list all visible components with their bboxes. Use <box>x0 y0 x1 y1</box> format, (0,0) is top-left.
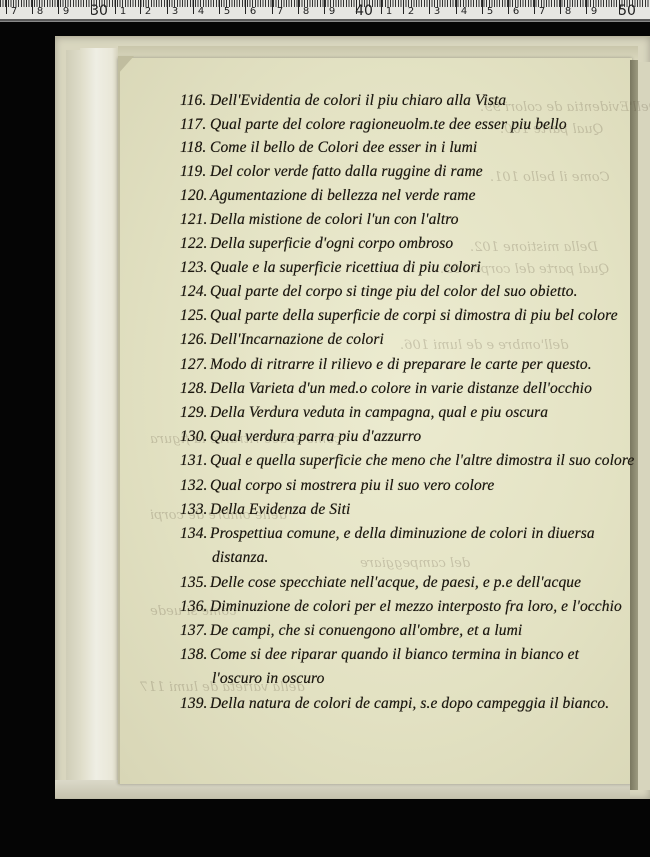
entry-number: 133. <box>180 501 210 519</box>
index-entry: 119.Del color verde fatto dalla ruggine … <box>180 163 483 181</box>
entry-text: Qual e quella superficie che meno che l'… <box>210 452 634 469</box>
ruler-major-tick <box>245 0 246 14</box>
ruler-label: 8 <box>37 6 43 17</box>
ruler-label: 50 <box>618 3 636 19</box>
ruler-major-tick <box>167 0 168 14</box>
index-entry: 131.Qual e quella superficie che meno ch… <box>180 452 634 470</box>
index-entry: 132.Qual corpo si mostrera piu il suo ve… <box>180 477 494 495</box>
index-entry: 129.Della Verdura veduta in campagna, qu… <box>180 404 548 422</box>
entry-text: Qual parte del colore ragioneuolm.te dee… <box>210 116 567 133</box>
ruler-label: 1 <box>386 6 392 17</box>
ruler-label: 8 <box>565 6 571 17</box>
entry-number: 119. <box>180 163 210 181</box>
index-entry: 128.Della Varieta d'un med.o colore in v… <box>180 380 592 398</box>
ruler-label: 2 <box>408 6 414 17</box>
entry-text: Quale e la superficie ricettiua di piu c… <box>210 259 481 276</box>
entry-text: De campi, che si conuengono all'ombre, e… <box>210 622 522 639</box>
entry-text: Come si dee riparar quando il bianco ter… <box>210 646 579 663</box>
entry-number: 131. <box>180 452 210 470</box>
ruler-major-tick <box>456 0 457 14</box>
entry-text: Delle cose specchiate nell'acque, de pae… <box>210 574 581 591</box>
entry-number: 129. <box>180 404 210 422</box>
entry-number: 125. <box>180 307 210 325</box>
ruler-label: 9 <box>63 6 69 17</box>
page-corner-tear <box>118 56 134 74</box>
entry-number: 132. <box>180 477 210 495</box>
ruler-major-tick <box>272 0 273 14</box>
index-entry: 137.De campi, che si conuengono all'ombr… <box>180 622 522 640</box>
index-entry: 130.Qual verdura parra piu d'azzurro <box>180 428 421 446</box>
entry-text: Qual parte del corpo si tinge piu del co… <box>210 283 578 300</box>
index-entry-continuation: distanza. <box>212 549 268 567</box>
ruler-label: 4 <box>198 6 204 17</box>
entry-number: 124. <box>180 283 210 301</box>
index-entry: 138.Come si dee riparar quando il bianco… <box>180 646 579 664</box>
entry-number: 139. <box>180 695 210 713</box>
entry-number: 135. <box>180 574 210 592</box>
entry-number: 130. <box>180 428 210 446</box>
index-entry: 122.Della superficie d'ogni corpo ombros… <box>180 235 453 253</box>
entry-text: l'oscuro in oscuro <box>212 670 324 687</box>
ruler-track <box>0 19 650 21</box>
index-entry: 116.Dell'Evidentia de colori il piu chia… <box>180 92 506 110</box>
entry-text: Modo di ritrarre il rilievo e di prepara… <box>210 356 592 373</box>
entry-text: Della mistione de colori l'un con l'altr… <box>210 211 459 228</box>
entry-text: Diminuzione de colori per el mezzo inter… <box>210 598 622 615</box>
index-entry: 121.Della mistione de colori l'un con l'… <box>180 211 459 229</box>
entry-text: Dell'Incarnazione de colori <box>210 331 384 348</box>
ruler-major-tick <box>324 0 325 14</box>
entry-text: Qual parte della superficie de corpi si … <box>210 307 618 324</box>
entry-number: 126. <box>180 331 210 349</box>
ruler-label: 5 <box>224 6 230 17</box>
ruler-label: 8 <box>303 6 309 17</box>
entry-text: Della Verdura veduta in campagna, qual e… <box>210 404 548 421</box>
ruler-label: 1 <box>120 6 126 17</box>
index-entry: 123.Quale e la superficie ricettiua di p… <box>180 259 481 277</box>
ruler-label: 6 <box>250 6 256 17</box>
ruler-major-tick <box>32 0 33 14</box>
entry-number: 116. <box>180 92 210 110</box>
entry-text: Qual corpo si mostrera piu il suo vero c… <box>210 477 494 494</box>
index-entry: 118.Come il bello de Colori dee esser in… <box>180 139 477 157</box>
entry-number: 123. <box>180 259 210 277</box>
ruler-major-tick <box>381 0 382 14</box>
entry-number: 137. <box>180 622 210 640</box>
entry-text: Della superficie d'ogni corpo ombroso <box>210 235 453 252</box>
entry-number: 120. <box>180 187 210 205</box>
ruler-major-tick <box>586 0 587 14</box>
index-entry: 139.Della natura de colori de campi, s.e… <box>180 695 609 713</box>
bleed-through-line: del campeggiare <box>360 556 470 571</box>
ruler-label: 30 <box>90 3 108 19</box>
ruler-label: 3 <box>172 6 178 17</box>
entry-text: distanza. <box>212 549 268 566</box>
ruler-major-tick <box>560 0 561 14</box>
entry-text: Prospettiua comune, e della diminuzione … <box>210 525 595 542</box>
entry-number: 134. <box>180 525 210 543</box>
ruler-label: 40 <box>355 3 373 19</box>
index-entry: 117.Qual parte del colore ragioneuolm.te… <box>180 116 567 134</box>
entry-text: Della Varieta d'un med.o colore in varie… <box>210 380 592 397</box>
entry-text: Dell'Evidentia de colori il piu chiaro a… <box>210 92 506 109</box>
ruler-major-tick <box>140 0 141 14</box>
entry-text: Qual verdura parra piu d'azzurro <box>210 428 421 445</box>
index-entry-continuation: l'oscuro in oscuro <box>212 670 324 688</box>
index-entry: 127.Modo di ritrarre il rilievo e di pre… <box>180 356 592 374</box>
measurement-ruler: 789301234567894012345678950 <box>0 0 650 22</box>
index-entry: 136.Diminuzione de colori per el mezzo i… <box>180 598 622 616</box>
ruler-major-tick <box>6 0 7 14</box>
index-entry: 133.Della Evidenza de Siti <box>180 501 350 519</box>
index-entry: 134.Prospettiua comune, e della diminuzi… <box>180 525 595 543</box>
entry-text: Agumentazione di bellezza nel verde rame <box>210 187 476 204</box>
bleed-through-line: Della mistione 102. <box>470 240 598 255</box>
entry-number: 138. <box>180 646 210 664</box>
entry-number: 136. <box>180 598 210 616</box>
ruler-label: 9 <box>329 6 335 17</box>
ruler-label: 6 <box>513 6 519 17</box>
index-entry: 124.Qual parte del corpo si tinge piu de… <box>180 283 578 301</box>
ruler-major-tick <box>508 0 509 14</box>
index-entry: 126.Dell'Incarnazione de colori <box>180 331 384 349</box>
ruler-major-tick <box>58 0 59 14</box>
index-entry: 125.Qual parte della superficie de corpi… <box>180 307 618 325</box>
entry-number: 127. <box>180 356 210 374</box>
folder-guard-strip <box>80 48 120 788</box>
ruler-major-tick <box>482 0 483 14</box>
ruler-label: 4 <box>461 6 467 17</box>
ruler-major-tick <box>219 0 220 14</box>
ruler-major-tick <box>403 0 404 14</box>
ruler-label: 9 <box>591 6 597 17</box>
entry-text: Della Evidenza de Siti <box>210 501 350 518</box>
entry-text: Come il bello de Colori dee esser in i l… <box>210 139 477 156</box>
index-entry: 120.Agumentazione di bellezza nel verde … <box>180 187 476 205</box>
ruler-label: 7 <box>539 6 545 17</box>
ruler-label: 2 <box>145 6 151 17</box>
ruler-label: 7 <box>277 6 283 17</box>
next-page-edge <box>638 62 650 790</box>
entry-text: Del color verde fatto dalla ruggine di r… <box>210 163 483 180</box>
ruler-major-tick <box>115 0 116 14</box>
entry-text: Della natura de colori de campi, s.e dop… <box>210 695 609 712</box>
ruler-major-tick <box>534 0 535 14</box>
index-entry: 135.Delle cose specchiate nell'acque, de… <box>180 574 581 592</box>
entry-number: 118. <box>180 139 210 157</box>
bleed-through-line: dell'ombre e de lumi 106. <box>400 338 569 353</box>
entry-number: 122. <box>180 235 210 253</box>
ruler-label: 5 <box>487 6 493 17</box>
next-page-shadow <box>630 60 638 790</box>
ruler-label: 7 <box>11 6 17 17</box>
bleed-through-line: Come il bello 101. <box>490 170 610 185</box>
entry-number: 117. <box>180 116 210 134</box>
ruler-major-tick <box>193 0 194 14</box>
ruler-major-tick <box>298 0 299 14</box>
ruler-label: 3 <box>434 6 440 17</box>
entry-number: 121. <box>180 211 210 229</box>
entry-number: 128. <box>180 380 210 398</box>
ruler-major-tick <box>429 0 430 14</box>
